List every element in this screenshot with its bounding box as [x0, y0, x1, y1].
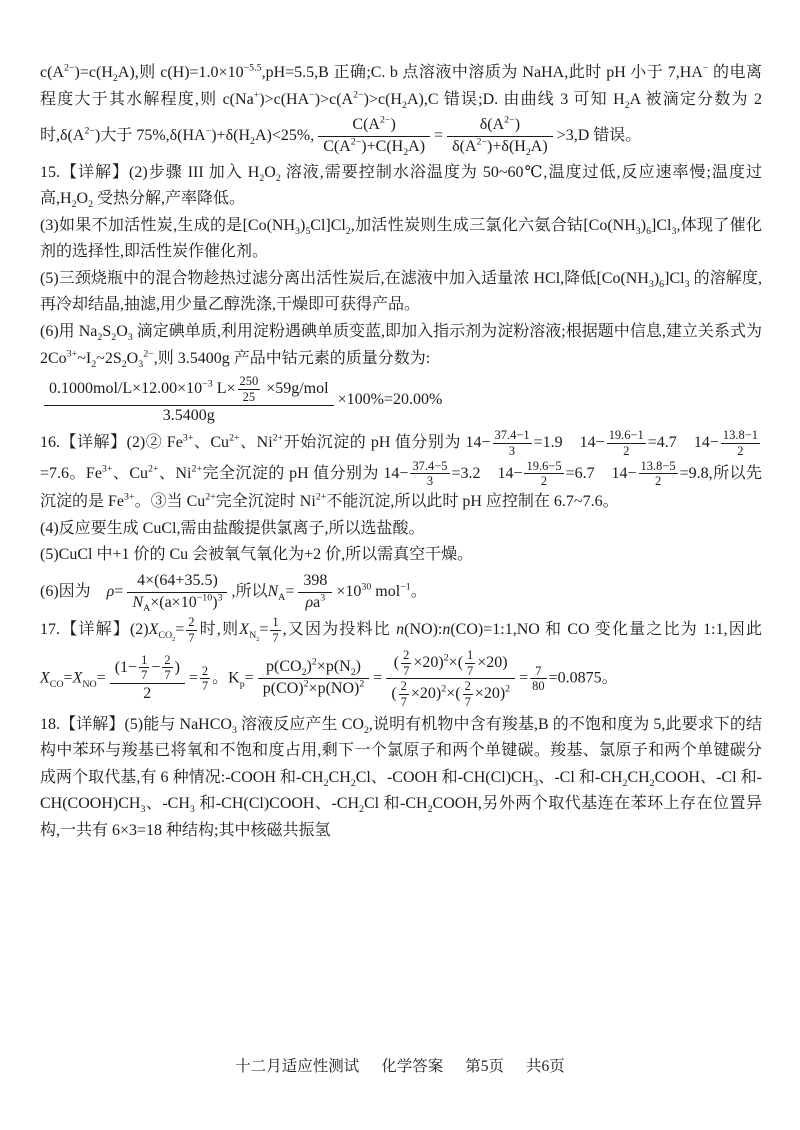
- answer-15-equation: 0.1000mol/L×12.00×10−3 L×25025 ×59g/mol3…: [40, 372, 762, 428]
- answer-17: 17.【详解】(2)XCO2=27时,则XN2=17,又因为投料比 n(NO):…: [40, 615, 762, 711]
- answer-15-step5: (5)三颈烧瓶中的混合物趁热过滤分离出活性炭后,在滤液中加入适量浓 HCl,降低…: [40, 266, 762, 319]
- footer-test-name: 十二月适应性测试: [235, 1058, 359, 1075]
- answer-16-step5: (5)CuCl 中+1 价的 Cu 会被氧气氧化为+2 价,所以需真空干燥。: [40, 542, 762, 569]
- answer-16-step6: (6)因为 ρ=4×(64+35.5)NA×(a×10−10)3,所以NA=39…: [40, 569, 762, 616]
- answer-18: 18.【详解】(5)能与 NaHCO3 溶液反应产生 CO2,说明有机物中含有羧…: [40, 712, 762, 845]
- answer-15-step2: 15.【详解】(2)步骤 III 加入 H2O2 溶液,需要控制水浴温度为 50…: [40, 160, 762, 213]
- footer-page-number: 第5页: [465, 1058, 504, 1075]
- footer-page-total: 共6页: [526, 1058, 565, 1075]
- document-page: c(A2−)=c(H2A),则 c(H)=1.0×10−5.5,pH=5.5,B…: [0, 0, 800, 1130]
- footer-subject: 化学答案: [381, 1058, 443, 1075]
- answer-14-tail: c(A2−)=c(H2A),则 c(H)=1.0×10−5.5,pH=5.5,B…: [40, 60, 762, 160]
- answer-15-step6: (6)用 Na2S2O3 滴定碘单质,利用淀粉遇碘单质变蓝,即加入指示剂为淀粉溶…: [40, 319, 762, 372]
- answer-16-step4: (4)反应要生成 CuCl,需由盐酸提供氯离子,所以选盐酸。: [40, 516, 762, 543]
- answer-16: 16.【详解】(2)② Fe3+、Cu2+、Ni2+开始沉淀的 pH 值分别为 …: [40, 428, 762, 515]
- document-content: c(A2−)=c(H2A),则 c(H)=1.0×10−5.5,pH=5.5,B…: [40, 60, 762, 844]
- answer-15-step3: (3)如果不加活性炭,生成的是[Co(NH3)5Cl]Cl2,加活性炭则生成三氯…: [40, 213, 762, 266]
- page-footer: 十二月适应性测试化学答案第5页共6页: [0, 1054, 800, 1076]
